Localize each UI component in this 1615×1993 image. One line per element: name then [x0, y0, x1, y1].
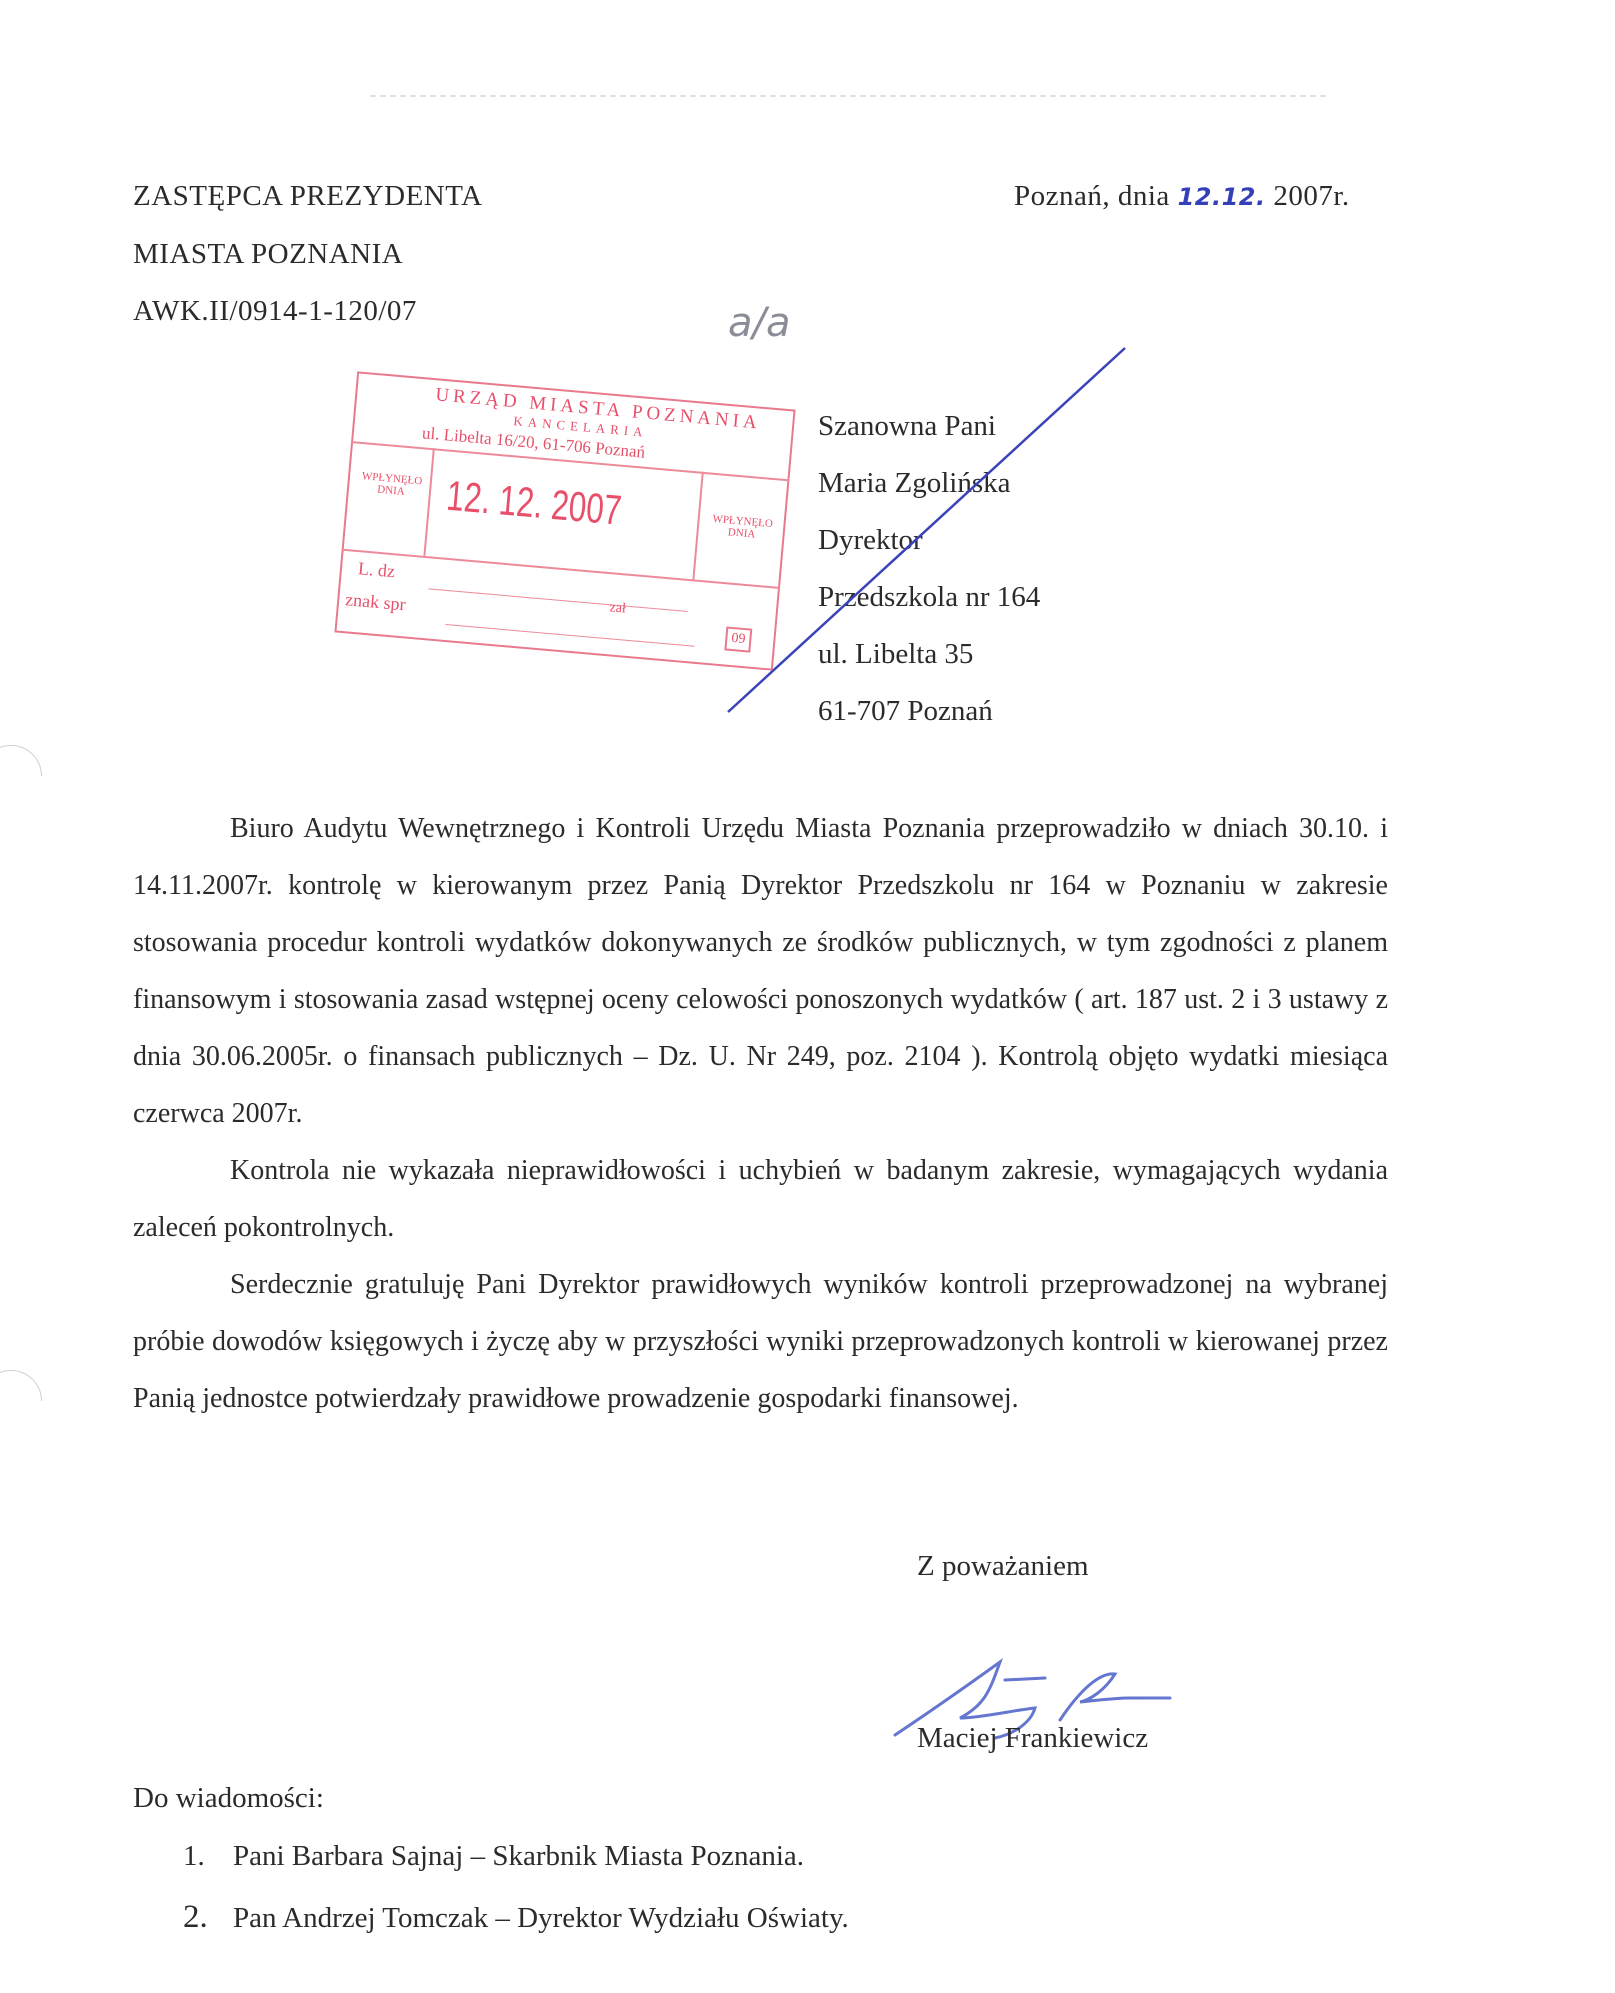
handwritten-note: a/a — [728, 300, 791, 346]
body-paragraph: Biuro Audytu Wewnętrznego i Kontroli Urz… — [133, 800, 1388, 1142]
recipient-postal-city: 61-707 Poznań — [818, 695, 993, 728]
recipient-title: Dyrektor — [818, 524, 923, 557]
handwritten-date: 12.12. — [1178, 183, 1266, 211]
letter-body: Biuro Audytu Wewnętrznego i Kontroli Urz… — [133, 800, 1388, 1427]
distribution-text: Pani Barbara Sajnaj – Skarbnik Miasta Po… — [233, 1840, 804, 1872]
distribution-number: 1. — [183, 1840, 233, 1873]
body-paragraph: Serdecznie gratuluję Pani Dyrektor prawi… — [133, 1256, 1388, 1427]
stamp-zal-label: zał — [609, 600, 627, 617]
recipient-street: ul. Libelta 35 — [818, 638, 973, 671]
place-date-prefix: Poznań, dnia — [1014, 180, 1170, 212]
sender-city: MIASTA POZNANIA — [133, 238, 403, 271]
closing-regards: Z poważaniem — [917, 1550, 1089, 1583]
reference-number: AWK.II/0914-1-120/07 — [133, 295, 417, 328]
signatory-name: Maciej Frankiewicz — [917, 1722, 1148, 1755]
distribution-item: 1.Pani Barbara Sajnaj – Skarbnik Miasta … — [183, 1840, 804, 1873]
body-paragraph: Kontrola nie wykazała nieprawidłowości i… — [133, 1142, 1388, 1256]
date-year: 2007r. — [1273, 180, 1349, 212]
distribution-heading: Do wiadomości: — [133, 1782, 324, 1815]
recipient-salutation: Szanowna Pani — [818, 410, 996, 443]
punch-hole-mark — [0, 1370, 42, 1432]
distribution-text: Pan Andrzej Tomczak – Dyrektor Wydziału … — [233, 1902, 849, 1934]
stamp-code-box: 09 — [724, 626, 752, 652]
distribution-item: 2.Pan Andrzej Tomczak – Dyrektor Wydział… — [183, 1899, 849, 1936]
recipient-institution: Przedszkola nr 164 — [818, 581, 1040, 614]
punch-hole-mark — [0, 745, 42, 807]
stamp-ldz-label: L. dz — [357, 558, 396, 582]
place-date: Poznań, dnia 12.12. 2007r. — [1014, 180, 1350, 213]
registry-stamp: URZĄD MIASTA POZNANIA KANCELARIA ul. Lib… — [334, 371, 795, 670]
recipient-name: Maria Zgolińska — [818, 467, 1010, 500]
sender-title: ZASTĘPCA PREZYDENTA — [133, 180, 483, 213]
distribution-number: 2. — [183, 1899, 233, 1936]
scan-artifact-line — [370, 95, 1330, 97]
